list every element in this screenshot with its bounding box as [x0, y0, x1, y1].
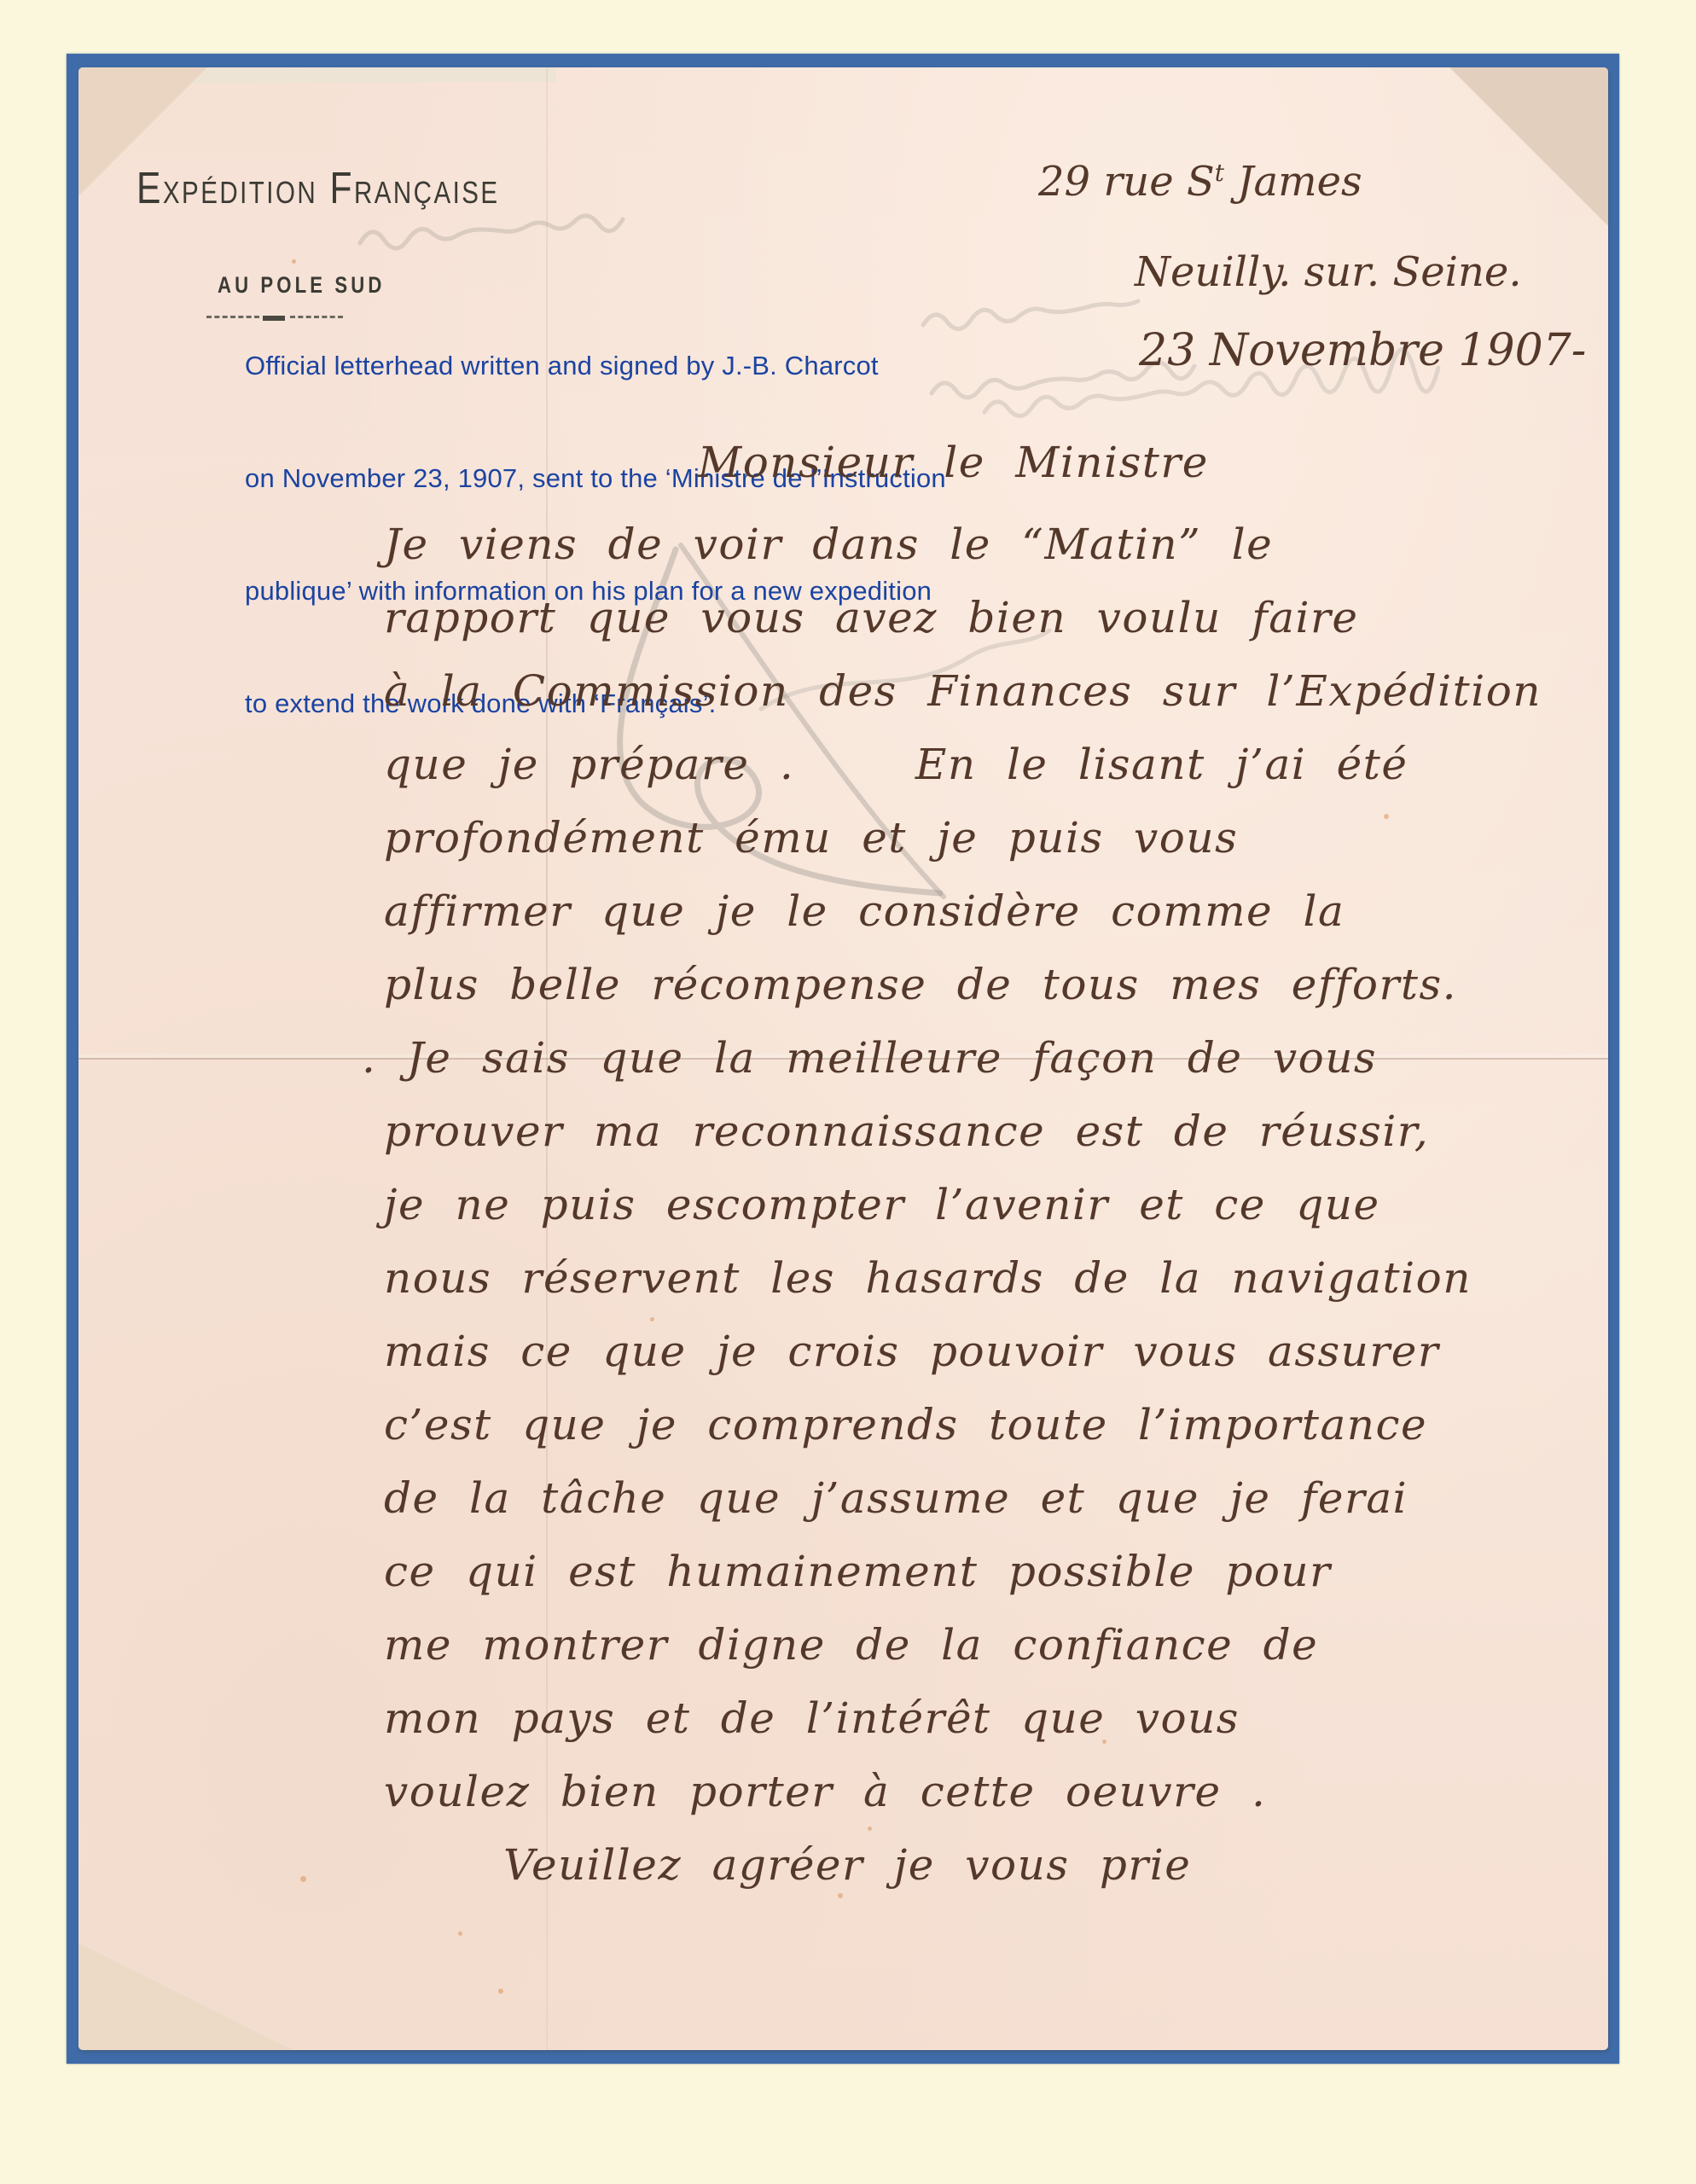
- handwritten-line: c’est que je comprends toute l’importanc…: [384, 1388, 1604, 1461]
- handwritten-line: plus belle récompense de tous mes effort…: [384, 948, 1604, 1021]
- paper-corner-fold-top-right: [1450, 67, 1608, 225]
- foxing-speck: [498, 1989, 503, 1994]
- address-street-text: James: [1224, 158, 1362, 206]
- salutation-line: Monsieur le Ministre: [698, 426, 1604, 499]
- handwritten-line: . Je sais que la meilleure façon de vous: [362, 1021, 1604, 1095]
- letterhead-title: Expédition Française: [136, 163, 500, 214]
- handwritten-line: profondément ému et je puis vous: [384, 801, 1604, 874]
- handwritten-line: me montrer digne de la confiance de: [384, 1608, 1604, 1682]
- address-street-text: 29 rue S: [1038, 158, 1215, 206]
- letterhead-block: Expédition Française AU POLE SUD: [136, 163, 579, 214]
- foxing-speck: [300, 1876, 306, 1882]
- foxing-speck: [458, 1931, 462, 1936]
- handwritten-line: Je viens de voir dans le “Matin” le: [384, 508, 1604, 581]
- handwritten-line: prouver ma reconnaissance est de réussir…: [384, 1095, 1604, 1168]
- letter-date: 23 Novembre 1907-: [1139, 325, 1586, 376]
- bleedthrough-squiggle: [923, 301, 1138, 329]
- handwritten-line: je ne puis escompter l’avenir et ce que: [384, 1168, 1604, 1241]
- handwritten-line: Veuillez agréer je vous prie: [503, 1828, 1604, 1902]
- handwritten-line: mon pays et de l’intérêt que vous: [384, 1682, 1604, 1755]
- handwritten-line: mais ce que je crois pouvoir vous assure…: [384, 1315, 1604, 1388]
- blue-mat-frame: Expédition Française AU POLE SUD Officia…: [67, 54, 1619, 2064]
- scanned-letter-page: { "scan": { "background_color": "#fbf7dd…: [0, 0, 1696, 2184]
- handwritten-line: à la Commission des Finances sur l’Expéd…: [384, 654, 1604, 728]
- paper-corner-fold-bottom-left: [78, 1943, 292, 2050]
- handwritten-line: que je prépare . En le lisant j’ai été: [384, 728, 1604, 801]
- handwritten-line: ce qui est humainement possible pour: [384, 1535, 1604, 1608]
- letter-paper: Expédition Française AU POLE SUD Officia…: [78, 67, 1608, 2050]
- bleedthrough-squiggle: [360, 216, 623, 248]
- annotation-line: Official letterhead written and signed b…: [245, 347, 946, 385]
- handwritten-line: nous réservent les hasards de la navigat…: [384, 1241, 1604, 1315]
- address-line-city: Neuilly. sur. Seine.: [1135, 248, 1522, 296]
- handwritten-line: de la tâche que j’assume et que je ferai: [384, 1461, 1604, 1535]
- address-line-street: 29 rue St James: [1038, 158, 1362, 206]
- handwritten-line: voulez bien porter à cette oeuvre .: [384, 1755, 1604, 1828]
- letter-body: Monsieur le Ministre Je viens de voir da…: [384, 426, 1604, 1902]
- handwritten-line: rapport que vous avez bien voulu faire: [384, 581, 1604, 654]
- address-street-superscript: t: [1215, 159, 1224, 187]
- foxing-speck: [292, 259, 296, 264]
- handwritten-line: affirmer que je le considère comme la: [384, 874, 1604, 948]
